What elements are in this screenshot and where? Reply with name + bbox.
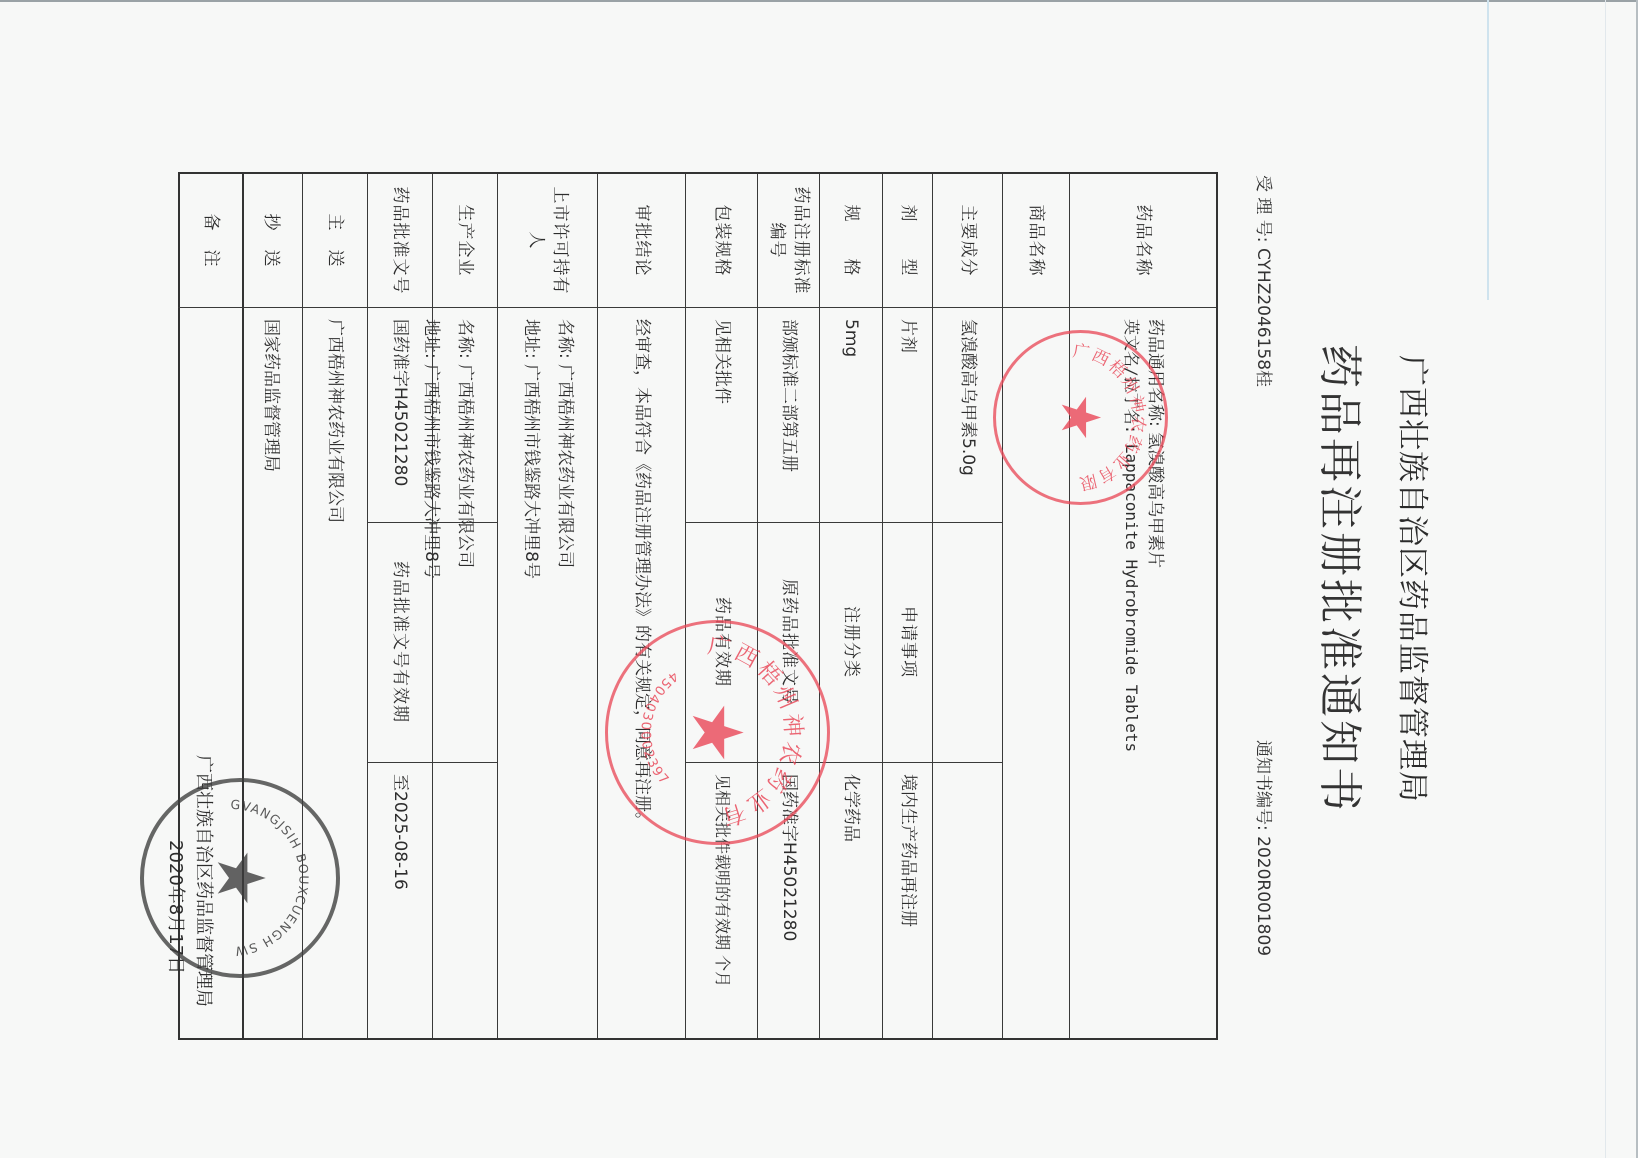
- dosage-form-label: 剂 型: [883, 174, 933, 307]
- manufacturer-label: 生产企业: [433, 174, 498, 307]
- spec-label: 规 格: [820, 174, 883, 307]
- application-item-label: 申请事项: [883, 522, 933, 762]
- ingredient-label: 主要成分: [933, 174, 1003, 307]
- mah-name: 名称: 广西梧州神农药业有限公司: [553, 319, 577, 568]
- mah-label: 上市许可持有人: [498, 174, 598, 307]
- registration-class-value: 化学药品: [820, 762, 883, 1040]
- standard-value: 部颁标准二部第五册: [758, 307, 820, 522]
- package-value: 见相关批件: [686, 307, 758, 522]
- svg-text:4504030002397: 4504030002397: [637, 668, 680, 789]
- authority-seal: GVANGJSIH BOUXCUENGH SWCIGIH YOZBINJ GEN…: [140, 778, 340, 978]
- standard-label: 药品注册标准编号: [758, 174, 820, 307]
- approval-validity-value: 至2025-08-16: [368, 762, 433, 1040]
- receipt-number: 受 理 号: CYHZ2046158桂: [1253, 175, 1278, 387]
- document-title: 药品再注册批准通知书: [1312, 0, 1376, 1158]
- star-icon: ★: [207, 848, 273, 907]
- approval-number-label: 药品批准文号: [368, 174, 433, 307]
- manufacturer-name: 名称: 广西梧州神农药业有限公司: [453, 319, 477, 568]
- notice-label: 通知书编号:: [1253, 740, 1273, 831]
- receipt-value: CYHZ2046158桂: [1253, 248, 1273, 387]
- star-icon: ★: [683, 701, 753, 764]
- mah-address: 地址: 广西梧州市钱鉴路大冲里8号: [519, 319, 543, 579]
- package-label: 包装规格: [686, 174, 758, 307]
- receipt-label: 受 理 号:: [1253, 175, 1273, 243]
- mah-cell: 名称: 广西梧州神农药业有限公司 地址: 广西梧州市钱鉴路大冲里8号: [498, 307, 598, 1040]
- application-item-value: 境内生产药品再注册: [883, 762, 933, 1040]
- company-seal-upper: 广西梧州神农药业有限公司 ★: [993, 330, 1168, 505]
- notice-value: 2020R001809: [1253, 836, 1273, 956]
- main-recipient-label: 主 送: [303, 174, 368, 307]
- approval-validity-label: 药品批准文号有效期: [368, 522, 433, 762]
- star-icon: ★: [1054, 393, 1108, 441]
- approval-notice-document: 广西壮族自治区药品监督管理局 药品再注册批准通知书 受 理 号: CYHZ204…: [0, 0, 1638, 1158]
- approval-table: 药品名称 药品通用名称: 氢溴酸高乌甲素片 英文名/拉丁名: Lappaconi…: [242, 172, 1218, 1040]
- conclusion-label: 审批结论: [598, 174, 686, 307]
- cc-label: 抄 送: [240, 174, 303, 307]
- remarks-label: 备 注: [180, 174, 242, 307]
- issuer-heading: 广西壮族自治区药品监督管理局: [1393, 0, 1438, 1158]
- drug-name-label: 药品名称: [1070, 174, 1216, 307]
- dosage-form-value: 片剂: [883, 307, 933, 522]
- spec-value: 5mg: [820, 307, 883, 522]
- notice-number: 通知书编号: 2020R001809: [1253, 740, 1278, 956]
- approval-number-value: 国药准字H45021280: [368, 307, 433, 522]
- company-seal-middle: 广西梧州神农药业有限公司 4504030002397 ★: [605, 620, 830, 845]
- trade-name-label: 商品名称: [1003, 174, 1070, 307]
